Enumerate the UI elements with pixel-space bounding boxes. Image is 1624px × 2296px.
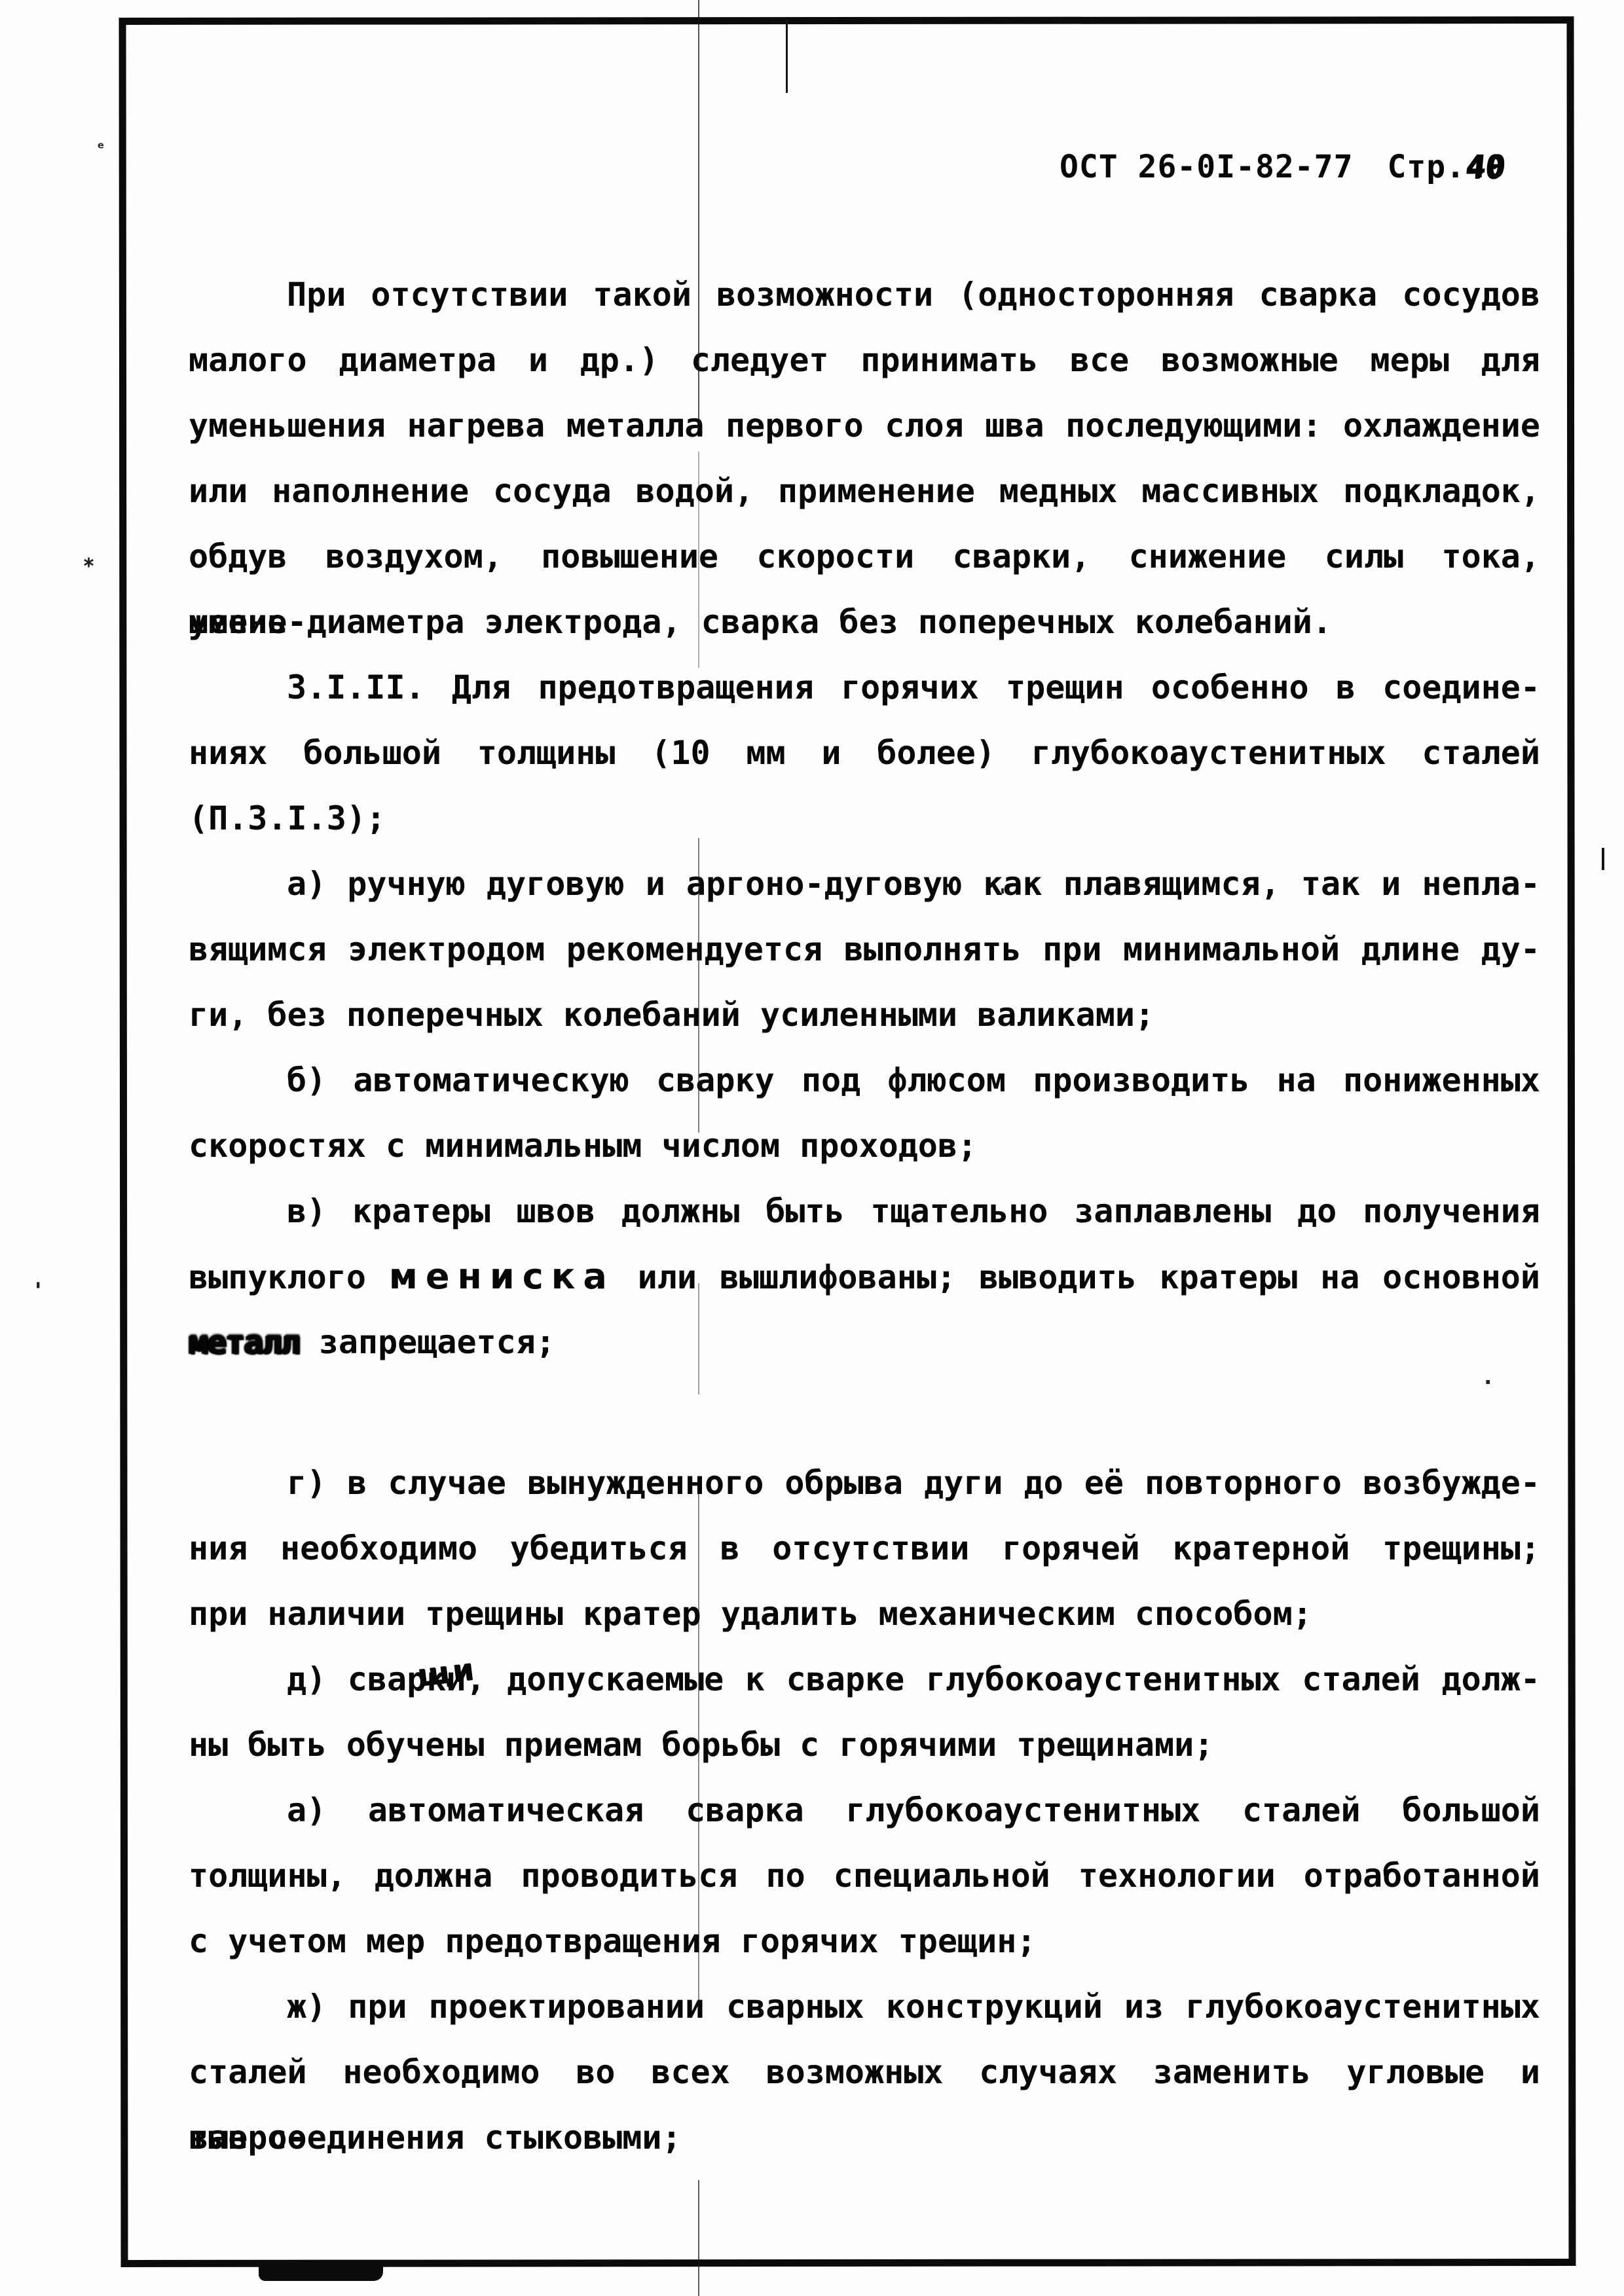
text-line: ги, без поперечных колебаний усиленными …	[189, 982, 1540, 1048]
text-line: б) автоматическую сварку под флюсом прои…	[189, 1048, 1540, 1113]
text-segment: ки, допускаемые к сварке глубокоаустенит…	[426, 1660, 1540, 1698]
handwritten-word: мениска	[389, 1256, 615, 1297]
text-segment: а) автоматическая сварка глубокоаустенит…	[287, 1791, 1540, 1829]
handwritten-insertion: щи	[413, 1636, 479, 1708]
text-segment: запрещается;	[299, 1323, 555, 1361]
text-segment: или наполнение сосуда водой, применение …	[189, 472, 1540, 510]
text-line: д) сварщики, допускаемые к сварке глубок…	[189, 1647, 1540, 1712]
text-segment: при наличии трещины кратер удалить механ…	[189, 1595, 1312, 1633]
margin-speck: ᵉ	[96, 139, 106, 158]
document-body: При отсутствии такой возможности (одност…	[189, 262, 1540, 2170]
text-line: малого диаметра и др.) следует принимать…	[189, 327, 1540, 393]
text-line: 3.I.II. Для предотвращения горячих трещи…	[189, 655, 1540, 720]
scan-tick-artifact	[1602, 848, 1604, 870]
text-line: уменьшения нагрева металла первого слоя …	[189, 393, 1540, 458]
text-segment: малого диаметра и др.) следует принимать…	[189, 341, 1540, 379]
text-line: г) в случае вынужденного обрыва дуги до …	[189, 1450, 1540, 1516]
scan-tick-artifact	[786, 20, 788, 93]
text-line: выпуклого мениска или вышлифованы; вывод…	[189, 1244, 1540, 1309]
fold-line-artifact	[698, 1283, 699, 1394]
text-segment: ны быть обучены приемам борьбы с горячим…	[189, 1726, 1213, 1764]
text-segment: вящимся электродом рекомендуется выполня…	[189, 930, 1540, 968]
text-line: металл запрещается;	[189, 1309, 1540, 1375]
fold-line-artifact	[698, 452, 699, 668]
text-segment: шение диаметра электрода, сварка без поп…	[189, 603, 1332, 641]
text-segment: выпуклого	[189, 1258, 389, 1296]
fold-line-artifact	[698, 2180, 699, 2296]
text-line: с учетом мер предотвращения горячих трещ…	[189, 1908, 1540, 1974]
text-line: (П.3.I.3);	[189, 786, 1540, 851]
text-segment: г) в случае вынужденного обрыва дуги до …	[287, 1464, 1540, 1502]
text-segment: толщины, должна проводиться по специальн…	[189, 1857, 1540, 1895]
margin-speck: '	[31, 1278, 45, 1304]
text-line: ниях большой толщины (10 мм и более) глу…	[189, 720, 1540, 786]
scanned-document-page: ОСТ 26-0I-82-77Стр.40 При отсутствии так…	[0, 0, 1624, 2296]
page-label: Стр.	[1387, 149, 1466, 185]
text-line: или наполнение сосуда водой, применение …	[189, 458, 1540, 524]
text-line: толщины, должна проводиться по специальн…	[189, 1843, 1540, 1908]
stray-mark: ·	[1481, 1370, 1494, 1396]
fold-line-artifact	[698, 0, 699, 419]
text-line: ны быть обучены приемам борьбы с горячим…	[189, 1712, 1540, 1777]
text-line: ж) при проектировании сварных конструкци…	[189, 1974, 1540, 2039]
fold-line-artifact	[698, 1493, 699, 2003]
text-line: при наличии трещины кратер удалить механ…	[189, 1581, 1540, 1647]
text-line: скоростях с минимальным числом проходов;	[189, 1113, 1540, 1178]
text-segment: ги, без поперечных колебаний усиленными …	[189, 996, 1154, 1034]
text-segment: уменьшения нагрева металла первого слоя …	[189, 407, 1540, 445]
text-line: обдув воздухом, повышение скорости сварк…	[189, 524, 1540, 589]
margin-speck: ⁎	[84, 549, 94, 572]
text-segment: вые соединения стыковыми;	[189, 2119, 682, 2157]
fold-line-artifact	[698, 838, 699, 1133]
border-ink-blob	[259, 2264, 383, 2281]
text-line: а) ручную дуговую и аргоно-дуговую как п…	[189, 851, 1540, 917]
text-segment: ж) при проектировании сварных конструкци…	[287, 1988, 1540, 2026]
text-segment: или вышлифованы; выводить кратеры на осн…	[615, 1258, 1540, 1296]
text-line: шение диаметра электрода, сварка без поп…	[189, 589, 1540, 655]
page-header: ОСТ 26-0I-82-77Стр.40	[1060, 147, 1557, 187]
standard-number: ОСТ 26-0I-82-77	[1060, 149, 1353, 185]
text-line: сталей необходимо во всех возможных случ…	[189, 2039, 1540, 2105]
text-line: При отсутствии такой возможности (одност…	[189, 262, 1540, 327]
text-line: вые соединения стыковыми;	[189, 2105, 1540, 2170]
text-segment: д) свар	[287, 1660, 426, 1698]
text-segment: а) ручную дуговую и аргоно-дуговую как п…	[287, 865, 1540, 903]
text-line: а) автоматическая сварка глубокоаустенит…	[189, 1777, 1540, 1843]
text-segment: ниях большой толщины (10 мм и более) глу…	[189, 734, 1540, 772]
text-segment: скоростях с минимальным числом проходов;	[189, 1127, 977, 1165]
text-segment: с учетом мер предотвращения горячих трещ…	[189, 1922, 1036, 1960]
stray-mark: '	[997, 885, 1008, 908]
text-segment: б) автоматическую сварку под флюсом прои…	[287, 1061, 1540, 1099]
text-segment: ния необходимо убедиться в отсутствии го…	[189, 1529, 1540, 1567]
text-segment: 3.I.II. Для предотвращения горячих трещи…	[287, 668, 1540, 706]
text-line: вящимся электродом рекомендуется выполня…	[189, 917, 1540, 982]
text-line: ния необходимо убедиться в отсутствии го…	[189, 1516, 1540, 1581]
text-segment: (П.3.I.3);	[189, 799, 386, 837]
blotted-word: металл	[189, 1309, 299, 1375]
text-segment: При отсутствии такой возможности (одност…	[287, 276, 1540, 314]
page-number: 40	[1464, 147, 1506, 187]
text-segment: в) кратеры швов должны быть тщательно за…	[287, 1192, 1540, 1230]
text-line: в) кратеры швов должны быть тщательно за…	[189, 1178, 1540, 1244]
